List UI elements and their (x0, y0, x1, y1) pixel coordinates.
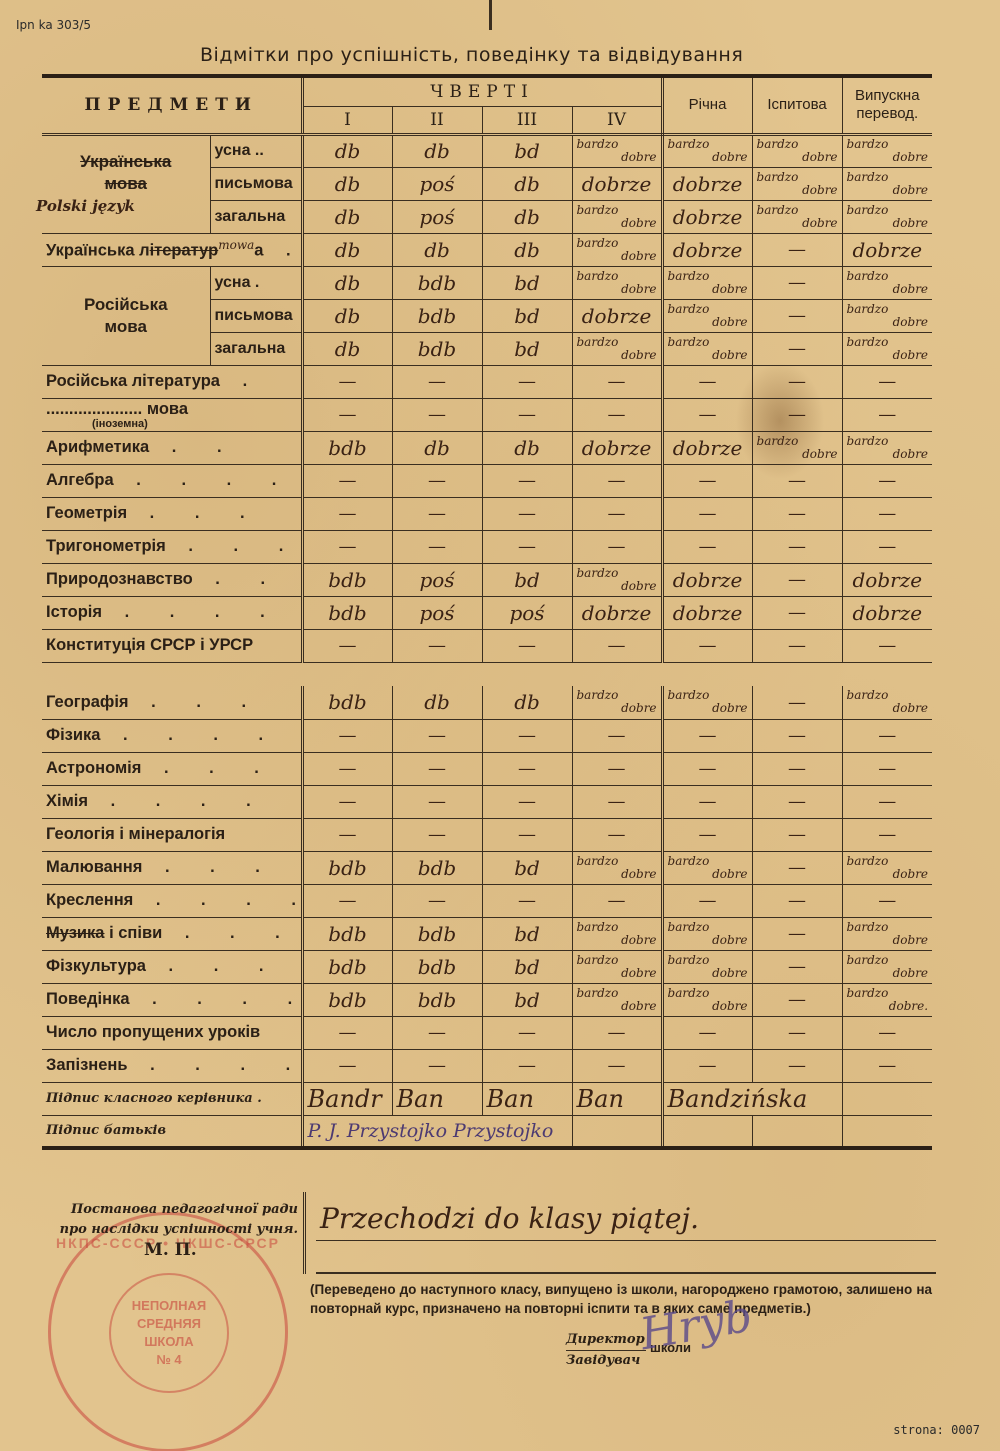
subject-label: ..................... мова(іноземна) (42, 398, 302, 431)
leader-dots: . . . (162, 924, 298, 942)
grade-exam: — (752, 785, 842, 818)
grade-annual: bardzodobre (662, 851, 752, 884)
grade-annual: dobrze (662, 200, 752, 233)
header-quarter-1: I (302, 106, 392, 134)
grade-exam: — (752, 917, 842, 950)
grade-annual: bardzodobre (662, 950, 752, 983)
grade-q4: dobrze (572, 299, 662, 332)
grade-q3: db (482, 200, 572, 233)
struck-text: Музика (46, 924, 104, 942)
grade-q4: dobrze (572, 431, 662, 464)
header-subjects: ПРЕДМЕТИ (42, 76, 302, 134)
grade-exam: — (752, 464, 842, 497)
group-russian-language: Російськамова (42, 266, 210, 365)
leader-dots: . (220, 372, 265, 390)
parents-signature: P. J. Przystojko Przystojko (302, 1115, 572, 1148)
grade-q1: — (302, 497, 392, 530)
subject-row: Фізика . . . .——————— (42, 719, 932, 752)
grade-annual: — (662, 818, 752, 851)
group-line2: мова (105, 317, 147, 336)
subject-row: Російська література .——————— (42, 365, 932, 398)
grade-q4: bardzodobre (572, 266, 662, 299)
grade-exam: — (752, 398, 842, 431)
subject-label: Арифметика . . (42, 431, 302, 464)
handwritten-correction: mowa (218, 238, 254, 252)
leader-dots: . . . (129, 693, 265, 711)
grade-q4: bardzodobre (572, 332, 662, 365)
grade-q2: — (392, 365, 482, 398)
subject-label: Геологія і мінералогія (42, 818, 302, 851)
grade-q2: — (392, 752, 482, 785)
grade-final: bardzodobre (842, 686, 932, 719)
grade-q4: — (572, 497, 662, 530)
subject-label: Хімія . . . . (42, 785, 302, 818)
grade-exam: — (752, 299, 842, 332)
parents-signature-label-text: Підпис батьків (46, 1123, 166, 1138)
grade-q3: poś (482, 596, 572, 629)
grade-annual: dobrze (662, 233, 752, 266)
grades-table: ПРЕДМЕТИ ЧВЕРТІ Річна Іспитова Випускна … (42, 74, 932, 1150)
grade-exam: — (752, 1016, 842, 1049)
subject-row: Історія . . . .bdbpośpośdobrzedobrze—dob… (42, 596, 932, 629)
subject-label: Конституція СРСР і УРСР (42, 629, 302, 662)
grade-q2: — (392, 464, 482, 497)
grade-q4: bardzodobre (572, 950, 662, 983)
grade-q4: bardzodobre (572, 563, 662, 596)
subject-sublabel: (іноземна) (92, 419, 297, 429)
grade-q1: — (302, 785, 392, 818)
grade-annual: bardzodobre (662, 332, 752, 365)
grade-annual: — (662, 530, 752, 563)
grade-annual: — (662, 884, 752, 917)
grade-q1: db (302, 266, 392, 299)
grade-q2: bdb (392, 983, 482, 1016)
grade-q4: — (572, 464, 662, 497)
grade-exam: bardzodobre (752, 134, 842, 167)
header-annual: Річна (662, 76, 752, 134)
grade-final: bardzodobre. (842, 983, 932, 1016)
grade-final: — (842, 365, 932, 398)
parents-signature-q4 (572, 1115, 662, 1148)
grade-q2: db (392, 134, 482, 167)
grade-annual: — (662, 752, 752, 785)
grade-q1: db (302, 233, 392, 266)
grade-q4: — (572, 1049, 662, 1082)
subject-row: Фізкультура . . .bdbbdbbdbardzodobrebard… (42, 950, 932, 983)
grade-q4: — (572, 785, 662, 818)
leader-dots: . . . . (88, 792, 269, 810)
decision-note: (Переведено до наступного класу, випущен… (310, 1280, 932, 1318)
decision-line (316, 1240, 936, 1241)
grade-q1: — (302, 719, 392, 752)
sub-subject-label: загальна (210, 332, 302, 365)
leader-dots: . . . (127, 504, 263, 522)
leader-dots: . . . . (133, 891, 302, 909)
grade-q1: — (302, 629, 392, 662)
grade-exam: — (752, 233, 842, 266)
grade-final: bardzodobre (842, 950, 932, 983)
grade-annual: — (662, 464, 752, 497)
leader-dots: . . . (166, 537, 302, 555)
grade-q4: — (572, 719, 662, 752)
grade-final: bardzodobre (842, 851, 932, 884)
teacher-signature-q1: Bandr (302, 1082, 392, 1115)
grade-q2: db (392, 431, 482, 464)
grade-q3: db (482, 431, 572, 464)
subject-row: Алгебра . . . .——————— (42, 464, 932, 497)
sub-subject-label: усна .. (210, 134, 302, 167)
subject-label: Малювання . . . (42, 851, 302, 884)
grade-exam: — (752, 851, 842, 884)
grade-final: — (842, 752, 932, 785)
grade-q4: bardzodobre (572, 917, 662, 950)
grade-q4: dobrze (572, 167, 662, 200)
grade-final: — (842, 629, 932, 662)
grade-q1: bdb (302, 686, 392, 719)
leader-dots: . . . . (100, 726, 281, 744)
teacher-signature-row: Підпис класного керівника . Bandr Ban Ba… (42, 1082, 932, 1115)
grade-q2: — (392, 884, 482, 917)
grade-exam: — (752, 563, 842, 596)
leader-dots: . . . (142, 858, 278, 876)
grade-q4: — (572, 629, 662, 662)
subject-label: Число пропущених уроків (42, 1016, 302, 1049)
parents-signature-final (842, 1115, 932, 1148)
leader-dots: . . . (141, 759, 277, 777)
grade-annual: bardzodobre (662, 983, 752, 1016)
grade-q1: — (302, 884, 392, 917)
grade-final: — (842, 530, 932, 563)
subject-row: Геологія і мінералогія——————— (42, 818, 932, 851)
subject-row: Музика і співи . . .bdbbdbbdbardzodobreb… (42, 917, 932, 950)
grade-q1: bdb (302, 563, 392, 596)
grade-exam: bardzodobre (752, 431, 842, 464)
grade-annual: dobrze (662, 563, 752, 596)
grade-q2: bdb (392, 299, 482, 332)
grade-final: bardzodobre (842, 299, 932, 332)
grade-q3: — (482, 365, 572, 398)
grade-q3: — (482, 398, 572, 431)
stamp-line-3: ШКОЛА (111, 1333, 227, 1351)
grade-q3: — (482, 497, 572, 530)
grade-q3: bd (482, 917, 572, 950)
subject-label: Поведінка . . . . (42, 983, 302, 1016)
grade-exam: — (752, 365, 842, 398)
header-quarter-4: IV (572, 106, 662, 134)
teacher-signature-annual: Bandzińska (662, 1082, 842, 1115)
grade-exam: — (752, 332, 842, 365)
grade-exam: — (752, 266, 842, 299)
struck-text: ітератур (150, 242, 219, 260)
subject-label: Історія . . . . (42, 596, 302, 629)
grade-exam: — (752, 629, 842, 662)
grade-exam: — (752, 1049, 842, 1082)
group-line2: мова (105, 174, 147, 193)
page-number: strona: 0007 (893, 1423, 980, 1437)
fold-mark (489, 0, 492, 30)
group-line1: Російська (84, 295, 168, 314)
grade-q1: bdb (302, 950, 392, 983)
grade-exam: — (752, 983, 842, 1016)
handwritten-correction: Polski język (36, 195, 206, 217)
grade-q3: bd (482, 266, 572, 299)
grade-final: dobrze (842, 596, 932, 629)
grade-q2: db (392, 686, 482, 719)
parents-signature-exam (752, 1115, 842, 1148)
grade-annual: — (662, 1049, 752, 1082)
subject-label: Геометрія . . . (42, 497, 302, 530)
grade-q3: — (482, 629, 572, 662)
grade-q1: — (302, 530, 392, 563)
teacher-signature-q4: Ban (572, 1082, 662, 1115)
grade-annual: — (662, 398, 752, 431)
grade-q2: — (392, 1049, 482, 1082)
grade-q4: — (572, 530, 662, 563)
grade-q1: — (302, 1049, 392, 1082)
subject-row: Запізнень . . . .——————— (42, 1049, 932, 1082)
grade-final: bardzodobre (842, 200, 932, 233)
grade-q3: — (482, 818, 572, 851)
grade-q4: — (572, 884, 662, 917)
decision-label: Постанова педагогічної ради про наслідки… (40, 1200, 298, 1240)
parents-signature-row: Підпис батьків P. J. Przystojko Przystoj… (42, 1115, 932, 1148)
seal-mark: М. П. (144, 1240, 197, 1260)
teacher-signature-label: Підпис класного керівника . (42, 1082, 302, 1115)
sub-subject-label: письмова (210, 299, 302, 332)
leader-dots: . . (149, 438, 239, 456)
grade-q3: db (482, 686, 572, 719)
grade-exam: — (752, 686, 842, 719)
grade-q2: poś (392, 167, 482, 200)
leader-dots: . (263, 242, 302, 260)
stamp-line-4: № 4 (111, 1351, 227, 1369)
grade-exam: — (752, 752, 842, 785)
grade-q2: — (392, 629, 482, 662)
grade-q2: — (392, 785, 482, 818)
subject-row: Тригонометрія . . .——————— (42, 530, 932, 563)
subject-row: ..................... мова(іноземна)————… (42, 398, 932, 431)
teacher-signature-final (842, 1082, 932, 1115)
grade-q4: bardzodobre (572, 134, 662, 167)
grade-annual: — (662, 365, 752, 398)
grade-q4: — (572, 752, 662, 785)
teacher-signature-q3: Ban (482, 1082, 572, 1115)
grade-q1: db (302, 299, 392, 332)
grade-q3: — (482, 719, 572, 752)
stamp-line-2: СРЕДНЯЯ (111, 1315, 227, 1333)
grade-q2: — (392, 530, 482, 563)
decision-line (316, 1272, 936, 1274)
archive-reference: Ipn ka 303/5 (16, 18, 91, 32)
subject-row: Креслення . . . .——————— (42, 884, 932, 917)
grade-q2: bdb (392, 917, 482, 950)
subject-row: Природознавство . .bdbpośbdbardzodobredo… (42, 563, 932, 596)
grade-final: — (842, 398, 932, 431)
grade-q2: — (392, 497, 482, 530)
header-quarters: ЧВЕРТІ (302, 76, 662, 106)
grade-q3: bd (482, 983, 572, 1016)
grade-q4: — (572, 398, 662, 431)
grade-q1: — (302, 365, 392, 398)
grade-annual: — (662, 629, 752, 662)
grade-q4: bardzodobre (572, 851, 662, 884)
grade-q1: bdb (302, 431, 392, 464)
grade-exam: bardzodobre (752, 200, 842, 233)
subject-label: Географія . . . (42, 686, 302, 719)
grade-final: bardzodobre (842, 917, 932, 950)
grade-final: bardzodobre (842, 167, 932, 200)
leader-dots: . . . . (114, 471, 295, 489)
subject-row: Конституція СРСР і УРСР——————— (42, 629, 932, 662)
grade-q3: bd (482, 332, 572, 365)
grade-exam: — (752, 719, 842, 752)
grade-q1: — (302, 818, 392, 851)
grade-q4: — (572, 1016, 662, 1049)
grade-final: bardzodobre (842, 431, 932, 464)
subject-row: Російськамоваусна .dbbdbbdbardzodobrebar… (42, 266, 932, 299)
grade-q4: — (572, 818, 662, 851)
decision-text: Przechodzi do klasy piątej. (320, 1202, 699, 1235)
grade-final: bardzodobre (842, 266, 932, 299)
grade-q2: db (392, 233, 482, 266)
grade-final: — (842, 1049, 932, 1082)
header-final-line1: Випускна (855, 87, 920, 104)
grade-q3: db (482, 233, 572, 266)
grade-annual: bardzodobre (662, 686, 752, 719)
subject-label: Музика і співи . . . (42, 917, 302, 950)
subject-label: Креслення . . . . (42, 884, 302, 917)
grade-final: — (842, 1016, 932, 1049)
grade-q1: db (302, 134, 392, 167)
grade-annual: — (662, 1016, 752, 1049)
grade-q4: bardzodobre (572, 233, 662, 266)
grade-q1: — (302, 398, 392, 431)
director-label: Директор (566, 1330, 646, 1351)
grade-q1: — (302, 1016, 392, 1049)
decision-label-line1: Постанова педагогічної ради (40, 1200, 298, 1220)
grade-q3: — (482, 752, 572, 785)
fold-gap (42, 662, 932, 686)
page-title: Відмітки про успішність, поведінку та ві… (200, 44, 743, 66)
grade-final: — (842, 719, 932, 752)
subject-label: Фізкультура . . . (42, 950, 302, 983)
grade-q2: poś (392, 200, 482, 233)
subject-row: Географія . . .bdbdbdbbardzodobrebardzod… (42, 686, 932, 719)
grade-q2: — (392, 398, 482, 431)
grade-q1: db (302, 332, 392, 365)
subject-row: Малювання . . .bdbbdbbdbardzodobrebardzo… (42, 851, 932, 884)
subject-row: Число пропущених уроків——————— (42, 1016, 932, 1049)
grade-final: dobrze (842, 233, 932, 266)
grade-exam: — (752, 530, 842, 563)
grade-q1: — (302, 464, 392, 497)
grade-final: — (842, 497, 932, 530)
grade-q3: — (482, 1016, 572, 1049)
grade-exam: — (752, 497, 842, 530)
grade-q4: bardzodobre (572, 686, 662, 719)
lower-subjects: Географія . . .bdbdbdbbardzodobrebardzod… (42, 686, 932, 1082)
stamp-inner: НЕПОЛНАЯ СРЕДНЯЯ ШКОЛА № 4 (109, 1273, 229, 1393)
grade-q2: poś (392, 596, 482, 629)
teacher-signature-q2: Ban (392, 1082, 482, 1115)
decision-box: Przechodzi do klasy piątej. (303, 1192, 933, 1274)
header-quarter-3: III (482, 106, 572, 134)
grade-q3: bd (482, 299, 572, 332)
grade-annual: dobrze (662, 596, 752, 629)
grade-q4: — (572, 365, 662, 398)
grade-q2: bdb (392, 332, 482, 365)
director-title: Директор Завідувач (566, 1330, 646, 1371)
header-final: Випускна перевод. (842, 76, 932, 134)
sub-subject-label: письмова (210, 167, 302, 200)
subject-label: Запізнень . . . . (42, 1049, 302, 1082)
grade-final: bardzodobre (842, 332, 932, 365)
group-line1: Українська (80, 152, 171, 171)
header-exam: Іспитова (752, 76, 842, 134)
subject-row: Арифметика . .bdbdbdbdobrzedobrzebardzod… (42, 431, 932, 464)
grade-annual: dobrze (662, 167, 752, 200)
grade-q1: — (302, 752, 392, 785)
grade-final: dobrze (842, 563, 932, 596)
grade-q3: — (482, 1049, 572, 1082)
grade-final: — (842, 884, 932, 917)
subject-label: Природознавство . . (42, 563, 302, 596)
grade-annual: bardzodobre (662, 917, 752, 950)
leader-dots: . . . . (102, 603, 283, 621)
subject-row: Астрономія . . .——————— (42, 752, 932, 785)
subject-label: Алгебра . . . . (42, 464, 302, 497)
grade-q1: bdb (302, 983, 392, 1016)
grade-final: bardzodobre (842, 134, 932, 167)
grade-q2: bdb (392, 851, 482, 884)
grade-q3: — (482, 530, 572, 563)
grade-q1: bdb (302, 851, 392, 884)
parents-signature-annual (662, 1115, 752, 1148)
upper-subjects: УкраїнськамоваPolski językусна ..dbdbbdb… (42, 134, 932, 662)
subject-label: Тригонометрія . . . (42, 530, 302, 563)
grade-annual: — (662, 719, 752, 752)
subject-label: Фізика . . . . (42, 719, 302, 752)
grade-q3: db (482, 167, 572, 200)
grade-exam: — (752, 884, 842, 917)
grade-final: — (842, 464, 932, 497)
grade-final: — (842, 818, 932, 851)
header-quarter-2: II (392, 106, 482, 134)
grade-annual: bardzodobre (662, 266, 752, 299)
grade-q2: poś (392, 563, 482, 596)
header-final-line2: перевод. (856, 105, 918, 122)
grade-q4: bardzodobre (572, 983, 662, 1016)
group-ukrainian-language: УкраїнськамоваPolski język (42, 134, 210, 233)
grade-q1: bdb (302, 596, 392, 629)
grade-q3: bd (482, 134, 572, 167)
grade-q3: bd (482, 563, 572, 596)
parents-signature-label: Підпис батьків (42, 1115, 302, 1148)
subject-row: Українська літературmowaа .dbdbdbbardzod… (42, 233, 932, 266)
grade-q1: db (302, 200, 392, 233)
grade-annual: bardzodobre (662, 299, 752, 332)
grade-exam: — (752, 950, 842, 983)
grade-annual: — (662, 497, 752, 530)
grade-q2: bdb (392, 266, 482, 299)
grade-q2: — (392, 719, 482, 752)
grade-q4: dobrze (572, 596, 662, 629)
grade-q2: bdb (392, 950, 482, 983)
grade-annual: bardzodobre (662, 134, 752, 167)
grade-q2: — (392, 818, 482, 851)
grade-q3: bd (482, 950, 572, 983)
sub-subject-label: усна . (210, 266, 302, 299)
